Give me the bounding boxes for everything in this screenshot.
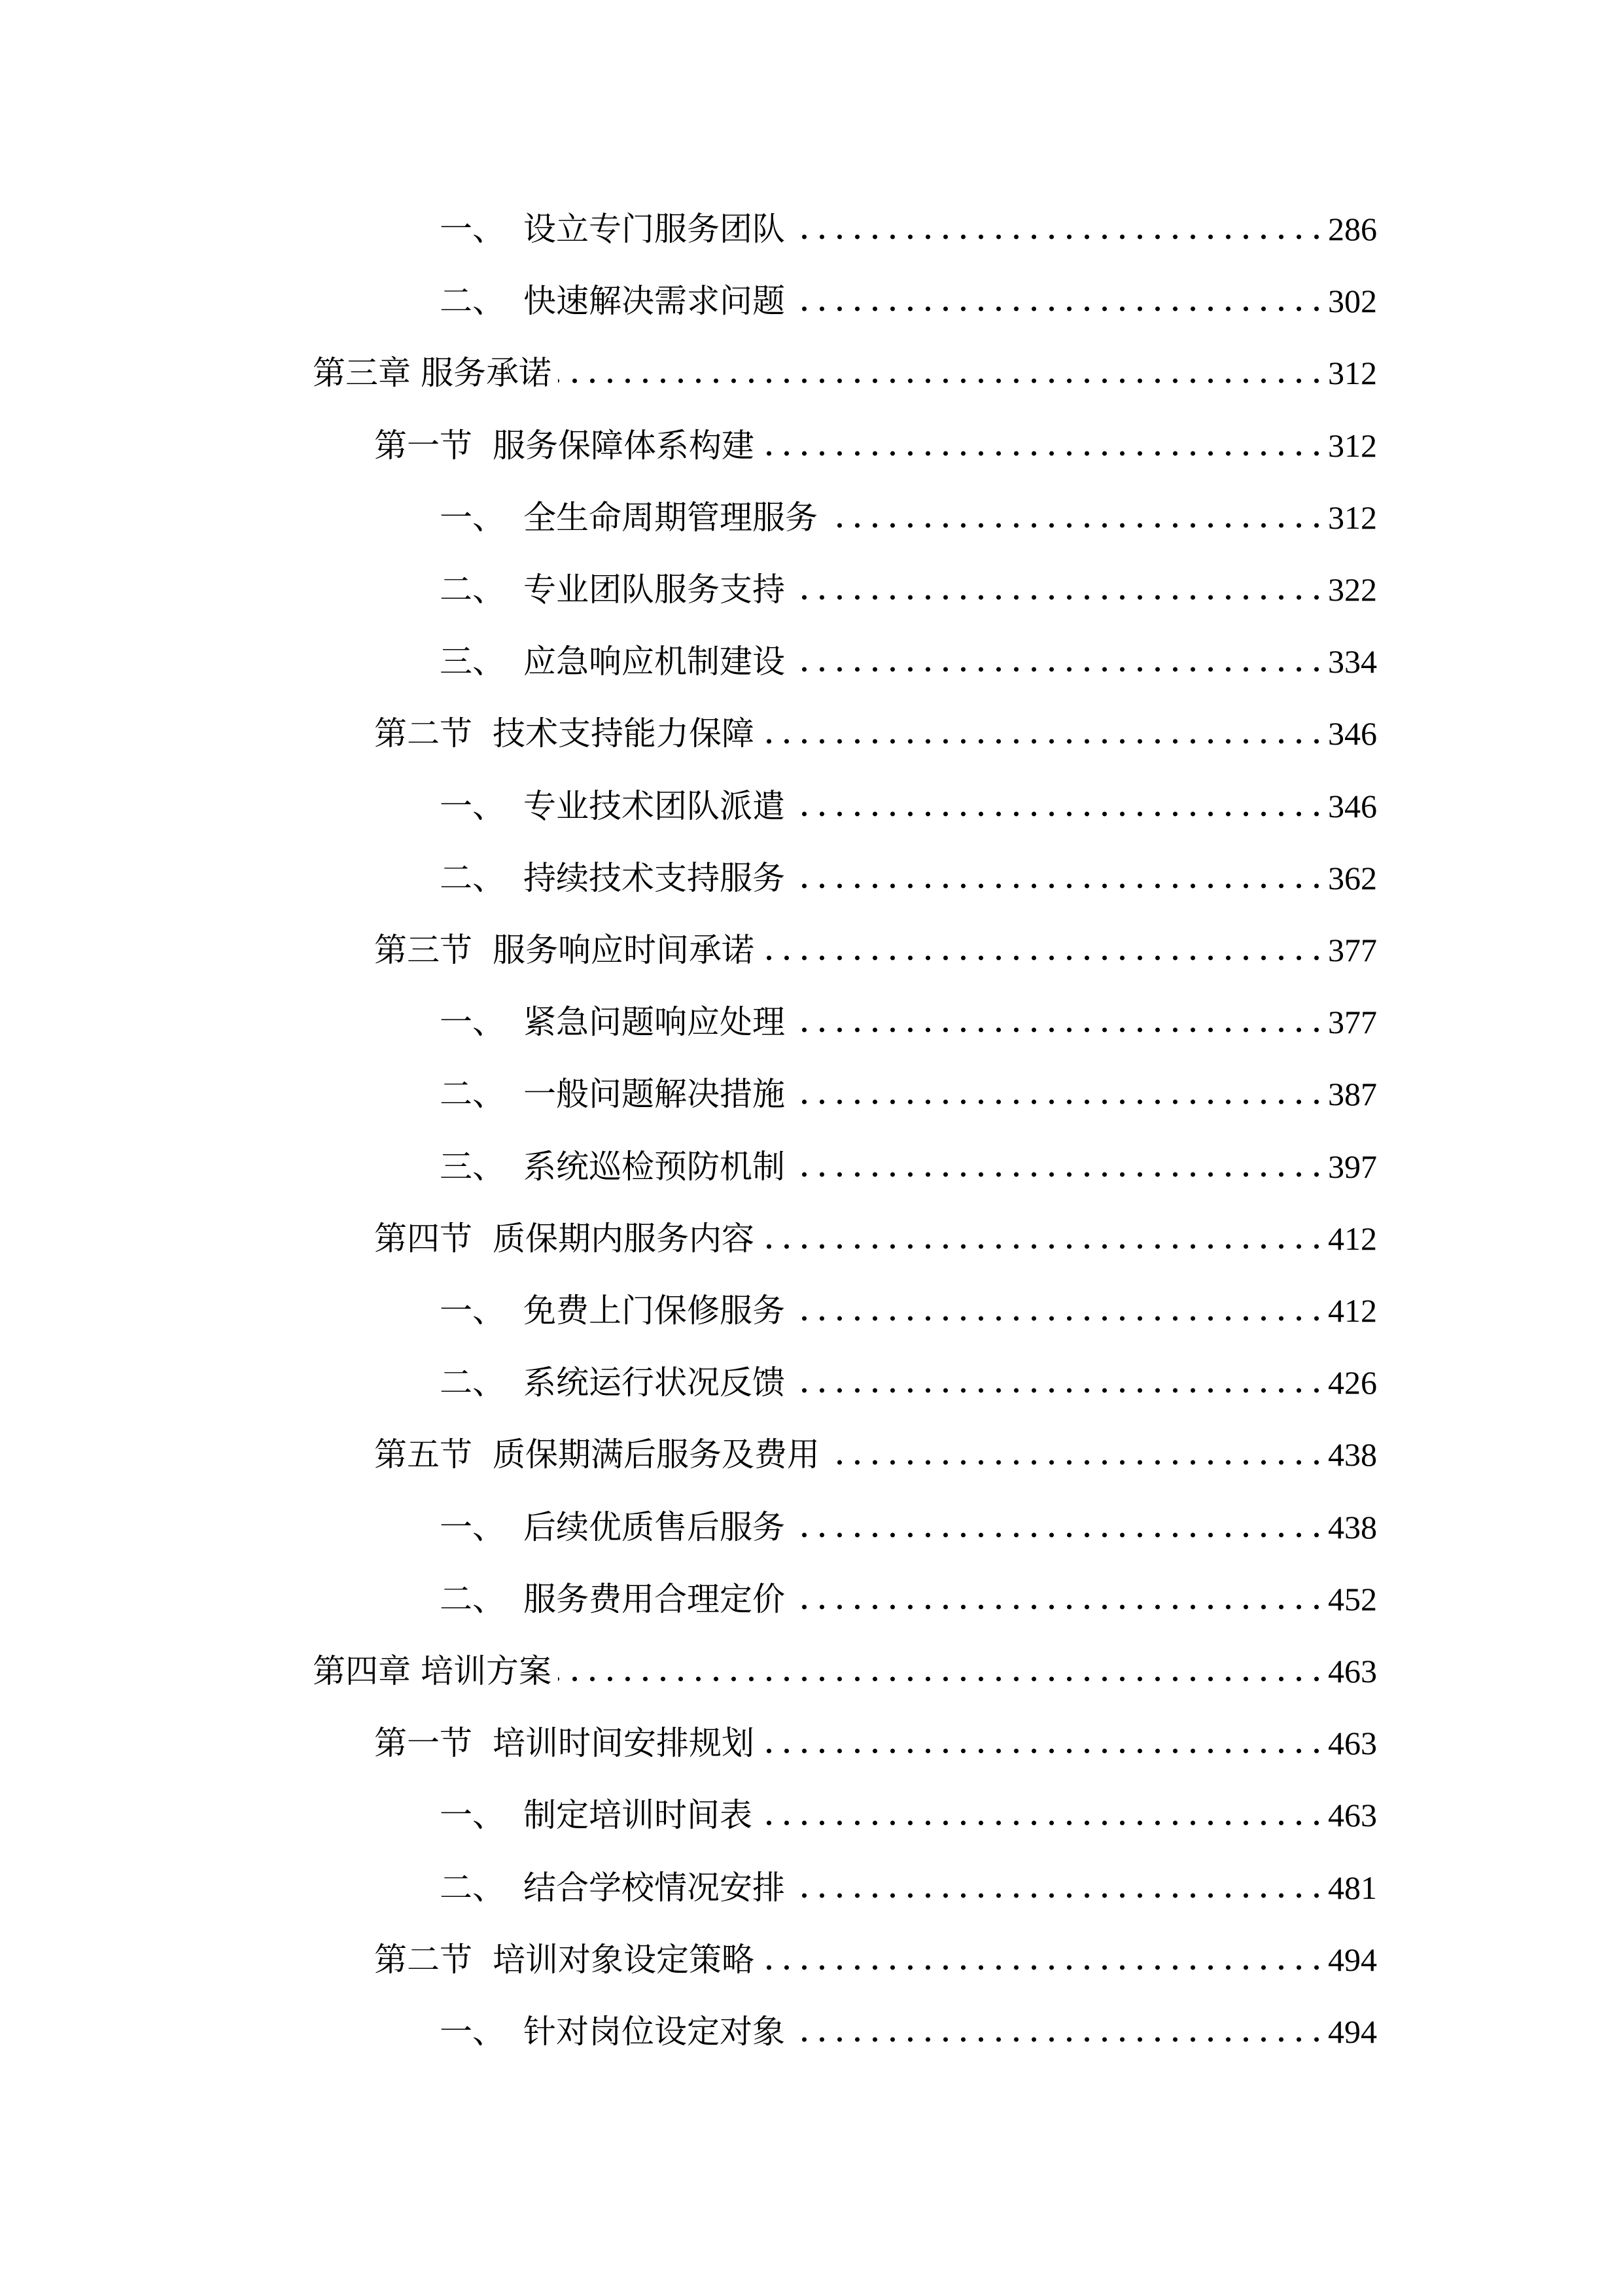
toc-entry-title: 培训时间安排规划 xyxy=(493,1707,754,1779)
dot-leader xyxy=(792,306,1325,312)
toc-entry[interactable]: 一、 后续优质售后服务 438 xyxy=(440,1491,1377,1563)
toc-entry-page-number: 452 xyxy=(1328,1563,1377,1635)
toc-entry-number-label: 第四章 xyxy=(313,1635,421,1707)
toc-entry-page-number: 286 xyxy=(1328,193,1377,265)
toc-entry[interactable]: 第五节 质保期满后服务及费用 438 xyxy=(374,1419,1377,1491)
dot-leader xyxy=(792,2036,1325,2043)
toc-entry-number-label: 二、 xyxy=(440,265,523,337)
toc-entry-page-number: 494 xyxy=(1328,1996,1377,2068)
toc-page: 一、 设立专门服务团队 286 二、 快速解决需求问题 302 第三章 服务承诺… xyxy=(0,0,1623,2296)
toc-entry-number-label: 一、 xyxy=(440,770,523,842)
dot-leader xyxy=(558,378,1325,384)
toc-entry[interactable]: 二、 快速解决需求问题 302 xyxy=(440,265,1377,337)
toc-entry-page-number: 463 xyxy=(1328,1707,1377,1779)
toc-entry-title: 服务响应时间承诺 xyxy=(493,914,754,986)
toc-entry-page-number: 438 xyxy=(1328,1419,1377,1491)
toc-entry[interactable]: 第一节 培训时间安排规划 463 xyxy=(374,1707,1377,1779)
dot-leader xyxy=(761,1243,1325,1250)
toc-entry[interactable]: 一、 针对岗位设定对象 494 xyxy=(440,1996,1377,2068)
toc-entry-number-label: 一、 xyxy=(440,482,523,554)
toc-entry-number-label: 一、 xyxy=(440,1275,523,1347)
toc-entry-page-number: 426 xyxy=(1328,1347,1377,1419)
toc-entry[interactable]: 第三章 服务承诺 312 xyxy=(313,337,1377,409)
dot-leader xyxy=(792,1027,1325,1033)
toc-entry-title: 系统运行状况反馈 xyxy=(523,1347,785,1419)
toc-entry-page-number: 397 xyxy=(1328,1131,1377,1203)
dot-leader xyxy=(792,594,1325,601)
toc-entry-title: 专业技术团队派遣 xyxy=(523,770,785,842)
toc-entry-page-number: 312 xyxy=(1328,410,1377,482)
toc-entry-number-label: 二、 xyxy=(440,554,523,626)
toc-entry-page-number: 377 xyxy=(1328,914,1377,986)
toc-entry[interactable]: 第四节 质保期内服务内容 412 xyxy=(374,1203,1377,1275)
toc-entry-title: 质保期满后服务及费用 xyxy=(493,1419,820,1491)
toc-entry-number-label: 三、 xyxy=(440,626,523,698)
toc-entry-title: 免费上门保修服务 xyxy=(523,1275,785,1347)
toc-entry-page-number: 387 xyxy=(1328,1058,1377,1130)
toc-entry-title: 设立专门服务团队 xyxy=(523,193,785,265)
toc-entry-page-number: 412 xyxy=(1328,1275,1377,1347)
dot-leader xyxy=(792,883,1325,889)
toc-entry[interactable]: 第二节 技术支持能力保障 346 xyxy=(374,698,1377,769)
toc-entry-title: 培训方案 xyxy=(421,1635,551,1707)
toc-entry-number-label: 二、 xyxy=(440,1058,523,1130)
toc-entry[interactable]: 二、 服务费用合理定价 452 xyxy=(440,1563,1377,1635)
toc-entry-title: 持续技术支持服务 xyxy=(523,842,785,914)
dot-leader xyxy=(792,811,1325,817)
toc-entry-page-number: 494 xyxy=(1328,1924,1377,1996)
dot-leader xyxy=(761,738,1325,745)
toc-entry[interactable]: 二、 系统运行状况反馈 426 xyxy=(440,1347,1377,1419)
toc-entry-page-number: 302 xyxy=(1328,265,1377,337)
toc-entry-number-label: 二、 xyxy=(440,1852,523,1924)
toc-entry[interactable]: 第三节 服务响应时间承诺 377 xyxy=(374,914,1377,986)
toc-entry[interactable]: 一、 专业技术团队派遣 346 xyxy=(440,770,1377,842)
toc-entry-number-label: 第一节 xyxy=(374,410,493,482)
toc-entry-title: 系统巡检预防机制 xyxy=(523,1131,785,1203)
dot-leader xyxy=(759,1820,1325,1826)
toc-entry-page-number: 438 xyxy=(1328,1491,1377,1563)
toc-entry-page-number: 463 xyxy=(1328,1635,1377,1707)
toc-entry-number-label: 一、 xyxy=(440,1779,523,1851)
toc-entry-title: 服务保障体系构建 xyxy=(493,410,754,482)
toc-entry-page-number: 362 xyxy=(1328,842,1377,914)
toc-entry-title: 专业团队服务支持 xyxy=(523,554,785,626)
toc-entry-number-label: 第三章 xyxy=(313,337,421,409)
toc-entry-title: 服务承诺 xyxy=(421,337,551,409)
toc-entry-title: 服务费用合理定价 xyxy=(523,1563,785,1635)
toc-entry[interactable]: 一、 全生命周期管理服务 312 xyxy=(440,482,1377,554)
toc-entry-number-label: 二、 xyxy=(440,1563,523,1635)
toc-entry-page-number: 377 xyxy=(1328,986,1377,1058)
dot-leader xyxy=(792,1892,1325,1899)
dot-leader xyxy=(792,1604,1325,1610)
toc-entry-title: 制定培训时间表 xyxy=(523,1779,752,1851)
dot-leader xyxy=(761,450,1325,457)
dot-leader xyxy=(792,1315,1325,1322)
dot-leader xyxy=(792,1171,1325,1178)
toc-entry-page-number: 322 xyxy=(1328,554,1377,626)
dot-leader xyxy=(761,1964,1325,1971)
toc-entry-page-number: 346 xyxy=(1328,698,1377,769)
toc-entry-page-number: 312 xyxy=(1328,337,1377,409)
toc-entry-title: 针对岗位设定对象 xyxy=(523,1996,785,2068)
toc-entry-number-label: 第二节 xyxy=(374,698,493,769)
toc-entry-number-label: 二、 xyxy=(440,842,523,914)
toc-entry-page-number: 334 xyxy=(1328,626,1377,698)
toc-entry[interactable]: 二、 持续技术支持服务 362 xyxy=(440,842,1377,914)
toc-entry-number-label: 一、 xyxy=(440,986,523,1058)
dot-leader xyxy=(792,234,1325,240)
toc-entry-title: 应急响应机制建设 xyxy=(523,626,785,698)
toc-entry[interactable]: 三、 系统巡检预防机制 397 xyxy=(440,1131,1377,1203)
toc-entry-number-label: 第三节 xyxy=(374,914,493,986)
toc-entry[interactable]: 三、 应急响应机制建设 334 xyxy=(440,626,1377,698)
toc-entry-title: 结合学校情况安排 xyxy=(523,1852,785,1924)
toc-entry-title: 后续优质售后服务 xyxy=(523,1491,785,1563)
dot-leader xyxy=(792,666,1325,673)
dot-leader xyxy=(824,522,1325,529)
toc-entry-title: 质保期内服务内容 xyxy=(493,1203,754,1275)
toc-entry[interactable]: 一、 免费上门保修服务 412 xyxy=(440,1275,1377,1347)
toc-entry-title: 技术支持能力保障 xyxy=(493,698,754,769)
toc-entry[interactable]: 二、 结合学校情况安排 481 xyxy=(440,1852,1377,1924)
dot-leader xyxy=(558,1676,1325,1682)
toc-entry-page-number: 412 xyxy=(1328,1203,1377,1275)
toc-entry-number-label: 第五节 xyxy=(374,1419,493,1491)
dot-leader xyxy=(792,1099,1325,1105)
toc-entry-number-label: 一、 xyxy=(440,193,523,265)
toc-entry[interactable]: 第二节 培训对象设定策略 494 xyxy=(374,1924,1377,1996)
toc-entry-number-label: 第二节 xyxy=(374,1924,493,1996)
toc-entry-number-label: 三、 xyxy=(440,1131,523,1203)
toc-entry-page-number: 481 xyxy=(1328,1852,1377,1924)
dot-leader xyxy=(761,955,1325,961)
toc-entry[interactable]: 一、 紧急问题响应处理 377 xyxy=(440,986,1377,1058)
dot-leader xyxy=(792,1387,1325,1394)
toc-entry-title: 紧急问题响应处理 xyxy=(523,986,785,1058)
dot-leader xyxy=(761,1748,1325,1754)
toc-entry[interactable]: 二、 一般问题解决措施 387 xyxy=(440,1058,1377,1130)
toc-entry[interactable]: 一、 制定培训时间表 463 xyxy=(440,1779,1377,1851)
toc-entry-number-label: 一、 xyxy=(440,1996,523,2068)
toc-entry-title: 全生命周期管理服务 xyxy=(523,482,818,554)
toc-entry-number-label: 一、 xyxy=(440,1491,523,1563)
toc-entry-number-label: 第四节 xyxy=(374,1203,493,1275)
toc-entry-title: 快速解决需求问题 xyxy=(523,265,785,337)
toc-entry-title: 一般问题解决措施 xyxy=(523,1058,785,1130)
toc-entry-number-label: 第一节 xyxy=(374,1707,493,1779)
toc-entry[interactable]: 第四章 培训方案 463 xyxy=(313,1635,1377,1707)
toc-entry-page-number: 463 xyxy=(1328,1779,1377,1851)
dot-leader xyxy=(826,1459,1325,1466)
toc-entry[interactable]: 二、 专业团队服务支持 322 xyxy=(440,554,1377,626)
toc-entry[interactable]: 一、 设立专门服务团队 286 xyxy=(440,193,1377,265)
toc-entry-number-label: 二、 xyxy=(440,1347,523,1419)
dot-leader xyxy=(792,1532,1325,1538)
toc-entry[interactable]: 第一节 服务保障体系构建 312 xyxy=(374,410,1377,482)
toc-entry-page-number: 346 xyxy=(1328,770,1377,842)
toc-entry-title: 培训对象设定策略 xyxy=(493,1924,754,1996)
toc-entry-page-number: 312 xyxy=(1328,482,1377,554)
